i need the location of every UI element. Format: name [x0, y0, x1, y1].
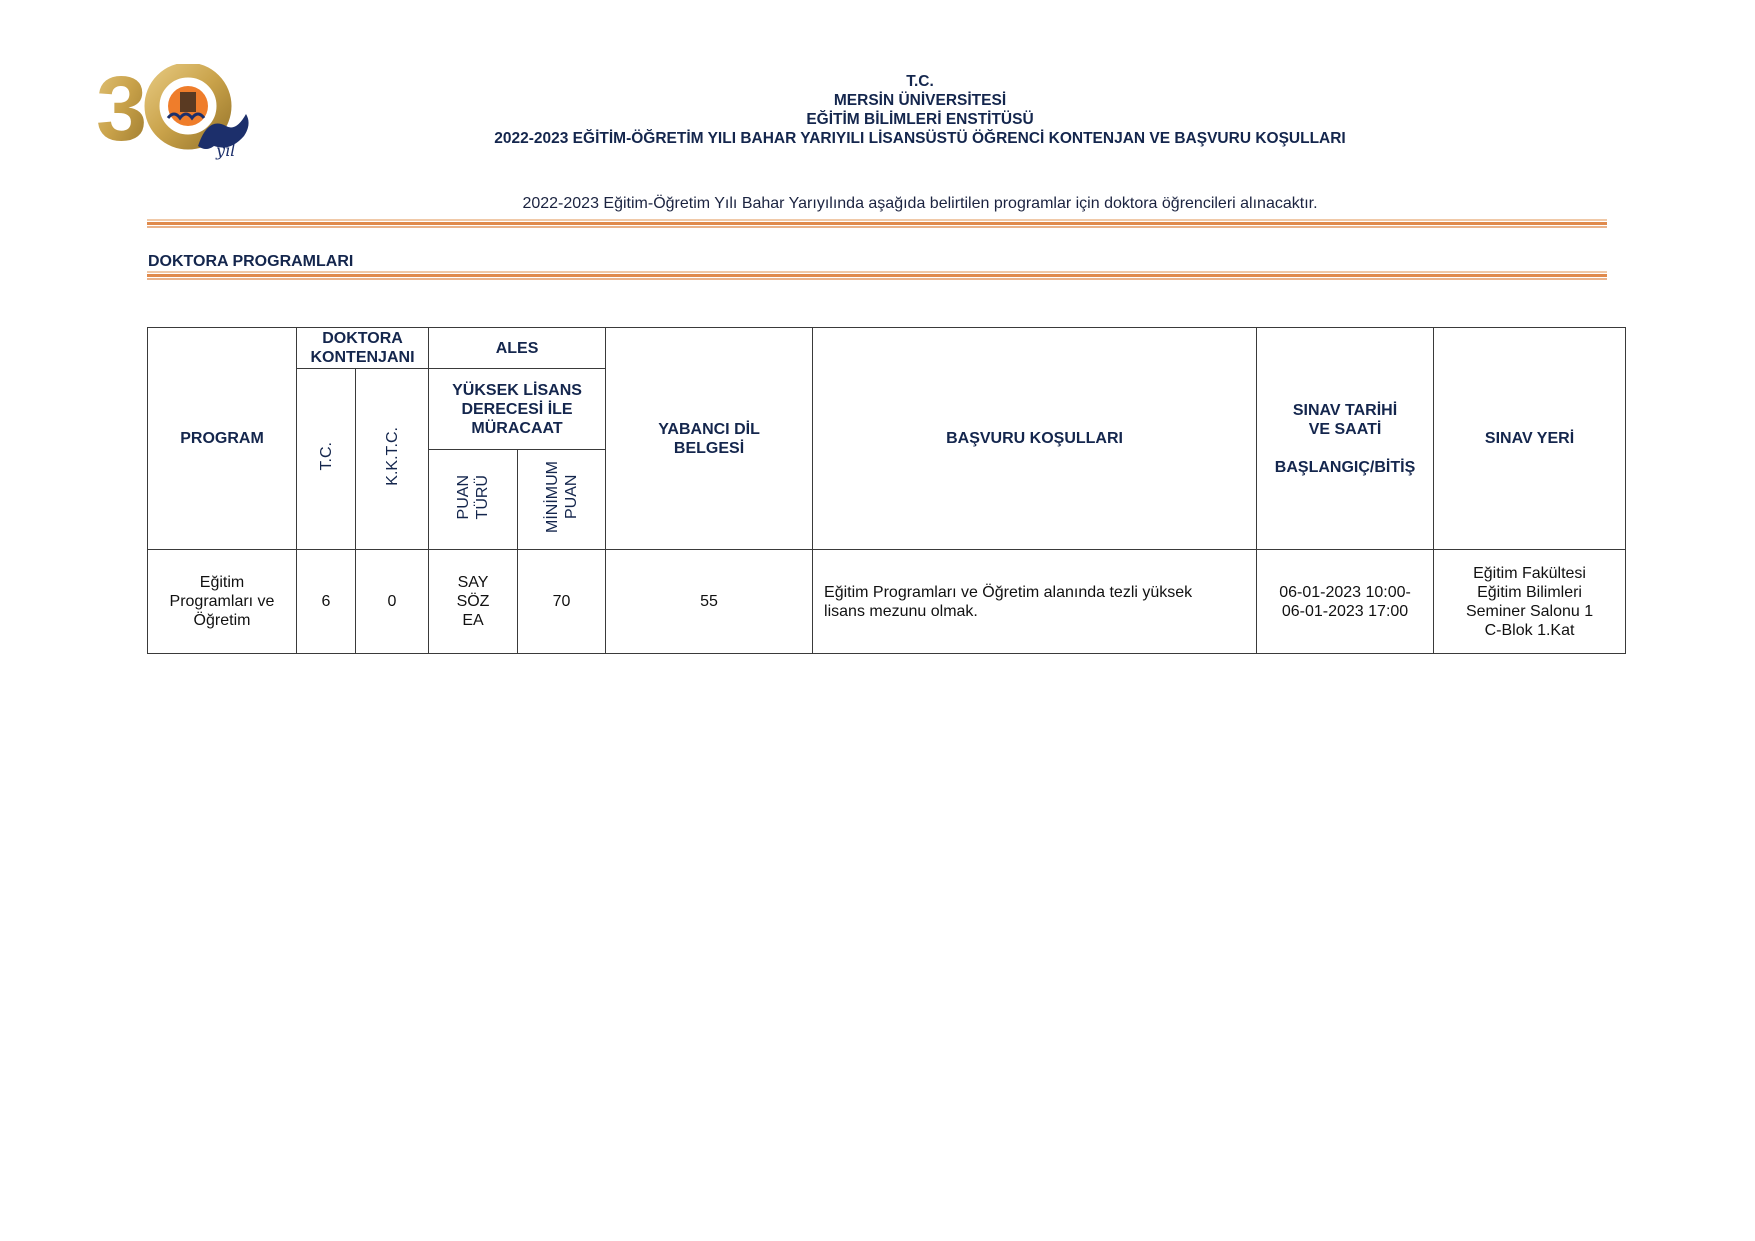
doctorate-programs-table: PROGRAM DOKTORA KONTENJANI ALES YABANCI … — [147, 327, 1626, 654]
table-row: Eğitim Programları ve Öğretim 6 0 SAY SÖ… — [148, 550, 1626, 654]
header-yuksek-lisans: YÜKSEK LİSANS DERECESİ İLE MÜRACAAT — [429, 369, 606, 450]
header-basvuru-kosullari: BAŞVURU KOŞULLARI — [813, 328, 1257, 550]
header-kktc: K.K.T.C. — [356, 369, 429, 550]
header-puan-turu: PUAN TÜRÜ — [429, 450, 518, 550]
header-line-tc: T.C. — [300, 72, 1540, 91]
divider-rule — [147, 219, 1607, 229]
cell-sinav-yeri: Eğitim Fakültesi Eğitim Bilimleri Semine… — [1434, 550, 1626, 654]
header-university: MERSİN ÜNİVERSİTESİ — [300, 91, 1540, 110]
cell-puan-turu: SAY SÖZ EA — [429, 550, 518, 654]
cell-tc: 6 — [297, 550, 356, 654]
document-header: T.C. MERSİN ÜNİVERSİTESİ EĞİTİM BİLİMLER… — [300, 72, 1540, 148]
header-sinav-tarihi: SINAV TARİHİ VE SAATİ BAŞLANGIÇ/BİTİŞ — [1257, 328, 1434, 550]
svg-text:3: 3 — [98, 64, 144, 160]
header-yabanci-dil: YABANCI DİL BELGESİ — [606, 328, 813, 550]
cell-yabanci-dil: 55 — [606, 550, 813, 654]
header-tc: T.C. — [297, 369, 356, 550]
svg-text:yıl: yıl — [215, 141, 235, 160]
header-minimum-puan: MİNİMUM PUAN — [518, 450, 606, 550]
cell-kktc: 0 — [356, 550, 429, 654]
header-doktora-kontenjani: DOKTORA KONTENJANI — [297, 328, 429, 369]
cell-basvuru-kosullari: Eğitim Programları ve Öğretim alanında t… — [813, 550, 1257, 654]
cell-minimum-puan: 70 — [518, 550, 606, 654]
section-title: DOKTORA PROGRAMLARI — [148, 253, 353, 271]
logo-icon: 3 yıl — [98, 64, 263, 164]
header-program: PROGRAM — [148, 328, 297, 550]
header-sinav-yeri: SINAV YERİ — [1434, 328, 1626, 550]
intro-text: 2022-2023 Eğitim-Öğretim Yılı Bahar Yarı… — [300, 195, 1540, 213]
cell-sinav-tarihi: 06-01-2023 10:00- 06-01-2023 17:00 — [1257, 550, 1434, 654]
divider-rule — [147, 271, 1607, 281]
header-ales: ALES — [429, 328, 606, 369]
header-title: 2022-2023 EĞİTİM-ÖĞRETİM YILI BAHAR YARI… — [300, 129, 1540, 148]
cell-program: Eğitim Programları ve Öğretim — [148, 550, 297, 654]
header-institute: EĞİTİM BİLİMLERİ ENSTİTÜSÜ — [300, 110, 1540, 129]
university-30-year-logo: 3 yıl — [98, 64, 263, 164]
